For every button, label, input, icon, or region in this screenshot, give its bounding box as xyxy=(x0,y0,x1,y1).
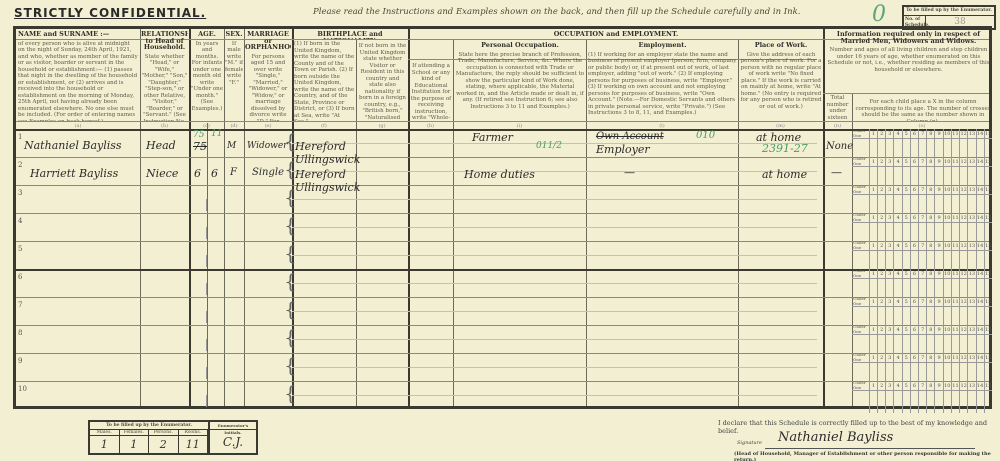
row1-occupation-code: 011/2 xyxy=(536,141,562,151)
enum-val-rooms: 11 xyxy=(179,436,209,453)
row2-name: Harriett Bayliss xyxy=(30,167,118,180)
row2-birthplace-county: Hereford xyxy=(295,168,346,181)
colnum-d: (d) xyxy=(224,123,244,129)
row1-birthplace-parish: Ullingswick xyxy=(295,153,360,166)
enumerator-initials: C.J. xyxy=(210,430,256,454)
header-birthplace: (1) If born in the United Kingdom, write… xyxy=(294,41,355,121)
row2-age-years: 6 xyxy=(194,167,201,180)
enumerator-box: To be filled up by the Enumerator. Males… xyxy=(88,420,258,455)
census-schedule-table: NAME and SURNAME :— of every person who … xyxy=(13,26,992,409)
header-children-total: Total number under sixteen years of age.… xyxy=(824,95,851,121)
row2-marriage: Single xyxy=(252,167,284,178)
enum-val-persons: 2 xyxy=(149,436,179,453)
row1-birthplace-county: Hereford xyxy=(295,140,346,153)
header-children-ages: For each child place a X in the column c… xyxy=(854,99,992,121)
header-relationship: RELATIONSHIP to Head of Household. State… xyxy=(141,29,188,121)
signature-line xyxy=(765,448,975,449)
signature: Nathaniel Bayliss xyxy=(778,430,893,445)
row1-age-months: 11 xyxy=(211,129,222,139)
header-occupation-group: OCCUPATION and EMPLOYMENT. xyxy=(410,29,822,39)
row2-occupation: Home duties xyxy=(464,168,535,181)
header-personal-occupation: Personal Occupation. State here the prec… xyxy=(455,40,585,121)
row-number: 4 xyxy=(18,217,22,225)
colnum-a: (a) xyxy=(16,123,140,129)
colnum-f: (f) xyxy=(292,123,356,129)
row2-employment: — xyxy=(624,166,635,179)
row-number: 1 xyxy=(18,133,22,141)
row1-age-note: 75 xyxy=(193,130,204,140)
row1-marriage: Widower xyxy=(247,141,287,151)
header-children-group: Information required only in respect of … xyxy=(825,29,992,93)
row2-place-of-work: at home xyxy=(762,168,807,181)
row2-children-total: — xyxy=(831,166,842,179)
age-grid-row-10: Under One123456789101112131415 xyxy=(852,381,992,413)
row-number: 8 xyxy=(18,329,22,337)
enum-val-males: 1 xyxy=(90,436,120,453)
row1-relationship: Head xyxy=(146,139,176,152)
row1-name: Nathaniel Bayliss xyxy=(24,139,122,152)
document-title: STRICTLY CONFIDENTIAL. xyxy=(14,6,206,20)
colnum-m: (m) xyxy=(738,123,823,129)
row-number: 10 xyxy=(18,385,27,393)
row1-place-code: 2391-27 xyxy=(762,142,808,155)
header-school: If attending a School or any kind of Edu… xyxy=(410,63,452,121)
header-sex: SEX. If male write "M." if female write … xyxy=(225,29,243,121)
colnum-b: (b) xyxy=(140,123,189,129)
header-name: NAME and SURNAME :— of every person who … xyxy=(18,29,138,121)
row-number: 9 xyxy=(18,357,22,365)
enumerator-box-heading: To be filled up by the Enumerator. xyxy=(90,422,208,430)
row1-sex: M xyxy=(227,141,236,151)
signature-label: Signature xyxy=(737,440,762,446)
header-nationality: If not born in the United Kingdom state … xyxy=(358,43,407,121)
header-age: AGE. In years and months. For infants un… xyxy=(191,29,223,121)
row1-age-years: 75 xyxy=(193,140,207,153)
row1-children-total: None xyxy=(826,141,853,152)
row-number: 2 xyxy=(18,161,22,169)
colnum-g: (g) xyxy=(356,123,408,129)
header-place-of-work: Place of Work. Give the address of each … xyxy=(740,40,822,121)
enum-val-females: 1 xyxy=(120,436,150,453)
colnum-i: (i) xyxy=(453,123,586,129)
colnum-h: (h) xyxy=(408,123,453,129)
row2-sex: F xyxy=(230,167,237,178)
row2-relationship: Niece xyxy=(146,167,178,180)
header-birthplace-group: BIRTHPLACE and NATIONALITY. xyxy=(294,29,406,39)
header-employment: Employment. (1) If working for an employ… xyxy=(588,40,737,121)
margin-mark: 0 xyxy=(872,2,886,27)
enumerator-initials-heading: Enumerator's Initials. xyxy=(210,422,256,430)
row1-employment: Employer xyxy=(596,143,650,156)
fill-instructions: Please read the Instructions and Example… xyxy=(313,7,801,17)
schedule-box-heading: To be filled up by the Enumerator. xyxy=(904,7,994,16)
row1-employment-struck: Own Account xyxy=(596,131,664,142)
colnum-l: (l) xyxy=(586,123,738,129)
row2-birthplace-parish: Ullingswick xyxy=(295,181,360,194)
colnum-n: (n) xyxy=(823,123,852,129)
header-marriage: MARRIAGE or ORPHANHOOD. For persons aged… xyxy=(245,29,291,121)
row-number: 7 xyxy=(18,301,22,309)
row2-age-months: 6 xyxy=(211,167,218,180)
signature-caption: (Head of Household, Manager of Establish… xyxy=(734,451,1000,461)
row1-employment-code: 010 xyxy=(696,130,715,141)
row1-occupation: Farmer xyxy=(472,131,513,144)
row-number: 3 xyxy=(18,189,22,197)
row-number: 6 xyxy=(18,273,22,281)
row-number: 5 xyxy=(18,245,22,253)
